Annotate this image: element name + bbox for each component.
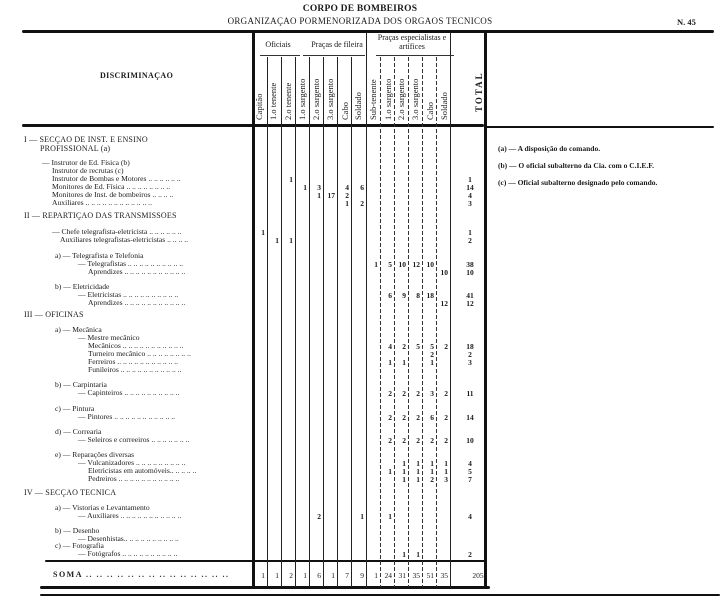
soma-cell: 1	[366, 571, 378, 580]
group-pracas-fileira: Praças de fileira	[302, 40, 372, 49]
table-cell: 2	[394, 413, 406, 422]
table-cell: 5	[380, 260, 392, 269]
table-cell: 2	[380, 389, 392, 398]
group-underline-especialistas	[376, 55, 454, 56]
col-esp-soldado: Soldado	[439, 92, 449, 120]
soma-cell: 1	[295, 571, 307, 580]
row-label: Aprendizes .. .. .. .. .. .. .. .. .. ..…	[88, 299, 185, 307]
table-cell: 6	[352, 183, 364, 192]
table-cell: 3	[436, 475, 448, 484]
document-title: CORPO DE BOMBEIROS	[0, 4, 720, 14]
row-label: — Fotógrafos .. .. .. .. .. .. .. .. .. …	[78, 550, 177, 558]
table-cell: 2	[408, 436, 420, 445]
table-cell: 2	[422, 436, 434, 445]
soma-cell: 1	[253, 571, 265, 580]
col-fileira-1-sargento: 1.o sargento	[297, 79, 307, 120]
row-label: Auxiliares telegrafistas-eletricistas ..…	[60, 236, 188, 244]
col-divider	[422, 57, 423, 587]
soma-cell: 7	[337, 571, 349, 580]
table-cell: 1	[380, 467, 392, 476]
table-cell: 1	[408, 550, 420, 559]
col-divider	[394, 57, 395, 587]
group-oficiais: Oficiais	[258, 40, 298, 49]
row-label: — Pintores .. .. .. .. .. .. .. .. .. ..…	[78, 413, 175, 421]
row-total: 12	[458, 299, 482, 308]
table-cell: 1	[394, 358, 406, 367]
row-label: Pedreiros .. .. .. .. .. .. .. .. .. .. …	[88, 475, 179, 483]
row-total: 3	[458, 199, 482, 208]
table-cell: 2	[422, 475, 434, 484]
table-cell: 1	[422, 358, 434, 367]
soma-cell: 35	[436, 571, 448, 580]
document-subtitle: ORGANIZAÇAO PORMENORIZADA DOS ORGAOS TEC…	[0, 16, 720, 26]
row-label: Funileiros .. .. .. .. .. .. .. .. .. ..…	[88, 366, 181, 374]
header-bottom-rule-right	[484, 126, 714, 128]
table-cell: 1	[380, 358, 392, 367]
table-cell: 5	[408, 342, 420, 351]
soma-top-rule	[45, 560, 485, 562]
table-cell: 1	[281, 236, 293, 245]
soma-cell: 51	[422, 571, 434, 580]
section-heading: III — OFICINAS	[24, 311, 84, 319]
col-divider	[380, 57, 381, 587]
table-cell: 1	[295, 183, 307, 192]
footnote-b: (b) — O oficial subalterno da Cia. com o…	[498, 161, 654, 170]
table-cell: 2	[394, 389, 406, 398]
row-total: 7	[458, 475, 482, 484]
col-1-tenente: 1.o tenente	[268, 83, 278, 120]
soma-cell: 31	[394, 571, 406, 580]
col-2-tenente: 2.o tenente	[283, 83, 293, 120]
table-cell: 3	[422, 389, 434, 398]
table-cell: 4	[380, 342, 392, 351]
page-bottom-rule	[40, 594, 720, 596]
table-cell: 17	[323, 191, 335, 200]
section-heading: PROFISSIONAL (a)	[40, 145, 110, 153]
col-esp-3-sargento: 3.o sargento	[410, 79, 420, 120]
row-total: 14	[458, 413, 482, 422]
soma-label: SOMA .. .. .. .. .. .. .. .. .. .. .. ..…	[53, 570, 230, 579]
row-total: 3	[458, 358, 482, 367]
section-heading: IV — SECÇAO TECNICA	[24, 489, 116, 497]
table-cell: 1	[394, 550, 406, 559]
section-heading: I — SECÇAO DE INST. E ENSINO	[24, 136, 148, 144]
table-cell: 2	[436, 342, 448, 351]
group-underline-fileira	[303, 55, 365, 56]
col-divider	[450, 32, 451, 588]
col-fileira-soldado: Soldado	[353, 92, 363, 120]
col-divider	[281, 57, 282, 587]
soma-cell: 1	[267, 571, 279, 580]
table-cell: 1	[366, 260, 378, 269]
table-cell: 6	[422, 413, 434, 422]
col-esp-1-sargento: 1.o sargento	[383, 79, 393, 120]
table-cell: 2	[436, 389, 448, 398]
table-cell: 18	[422, 291, 434, 300]
soma-cell: 24	[380, 571, 392, 580]
page-number: N. 45	[677, 17, 696, 27]
table-cell: 2	[394, 342, 406, 351]
table-cell: 2	[408, 389, 420, 398]
table-cell: 2	[380, 436, 392, 445]
soma-cell: 35	[408, 571, 420, 580]
table-right-border	[484, 32, 487, 588]
section-heading: II — REPARTIÇAO DAS TRANSMISSOES	[24, 212, 177, 220]
table-cell: 2	[352, 199, 364, 208]
table-cell: 10	[394, 260, 406, 269]
col-fileira-2-sargento: 2.o sargento	[311, 79, 321, 120]
table-cell: 12	[408, 260, 420, 269]
row-total: 2	[458, 236, 482, 245]
table-cell: 1	[337, 199, 349, 208]
footnote-c: (c) — Oficial subalterno designado pelo …	[498, 178, 657, 187]
col-fileira-3-sargento: 3.o sargento	[325, 79, 335, 120]
row-total: 11	[458, 389, 482, 398]
table-cell: 1	[281, 175, 293, 184]
col-fileira-cabo: Cabo	[340, 102, 350, 120]
table-cell: 1	[267, 236, 279, 245]
col-divider	[408, 57, 409, 587]
footnote-a: (a) — A disposição do comando.	[498, 144, 600, 153]
row-total: 10	[458, 268, 482, 277]
row-label: Auxiliares .. .. .. .. .. .. .. .. .. ..…	[52, 199, 152, 207]
col-divider	[309, 57, 310, 587]
row-label: — Auxiliares .. .. .. .. .. .. .. .. .. …	[78, 512, 181, 520]
col-divider	[267, 57, 268, 587]
soma-total: 205	[468, 571, 488, 580]
table-cell: 2	[380, 413, 392, 422]
table-cell: 12	[436, 299, 448, 308]
table-cell: 10	[422, 260, 434, 269]
table-cell: 1	[253, 228, 265, 237]
row-total: 2	[458, 550, 482, 559]
col-divider	[295, 57, 296, 587]
table-cell: 1	[394, 475, 406, 484]
col-divider	[366, 32, 367, 588]
col-divider	[323, 57, 324, 587]
table-cell: 10	[436, 268, 448, 277]
col-esp-2-sargento: 2.o sargento	[396, 79, 406, 120]
table-cell: 2	[436, 413, 448, 422]
table-cell: 2	[309, 512, 321, 521]
row-label: — Seleiros e correeiros .. .. .. .. .. .…	[78, 436, 189, 444]
table-cell: 6	[380, 291, 392, 300]
discriminacao-header: DISCRIMINAÇAO	[100, 71, 173, 80]
row-total: 10	[458, 436, 482, 445]
table-cell: 1	[309, 191, 321, 200]
table-cell: 9	[394, 291, 406, 300]
table-cell: 2	[394, 436, 406, 445]
table-cell: 1	[352, 512, 364, 521]
top-rule	[22, 30, 714, 33]
table-cell: 2	[436, 436, 448, 445]
col-divider	[337, 57, 338, 587]
col-divider	[351, 57, 352, 587]
table-cell: 1	[408, 475, 420, 484]
soma-cell: 1	[323, 571, 335, 580]
col-capitao: Capitão	[254, 94, 264, 120]
col-divider	[436, 57, 437, 587]
table-cell: 1	[380, 512, 392, 521]
soma-cell: 2	[281, 571, 293, 580]
col-total: TOTAL	[474, 71, 484, 112]
group-underline-oficiais	[260, 55, 300, 56]
soma-cell: 9	[352, 571, 364, 580]
row-label: Aprendizes .. .. .. .. .. .. .. .. .. ..…	[88, 268, 185, 276]
group-pracas-especialistas: Praças especialistas e artífices	[370, 33, 454, 51]
soma-cell: 6	[309, 571, 321, 580]
col-esp-cabo: Cabo	[425, 102, 435, 120]
table-cell: 8	[408, 291, 420, 300]
row-label: — Capinteiros .. .. .. .. .. .. .. .. ..…	[78, 389, 179, 397]
col-sub-tenente: Sub-tenente	[368, 79, 378, 120]
table-cell: 2	[408, 413, 420, 422]
row-total: 4	[458, 512, 482, 521]
col-divider	[252, 32, 255, 588]
